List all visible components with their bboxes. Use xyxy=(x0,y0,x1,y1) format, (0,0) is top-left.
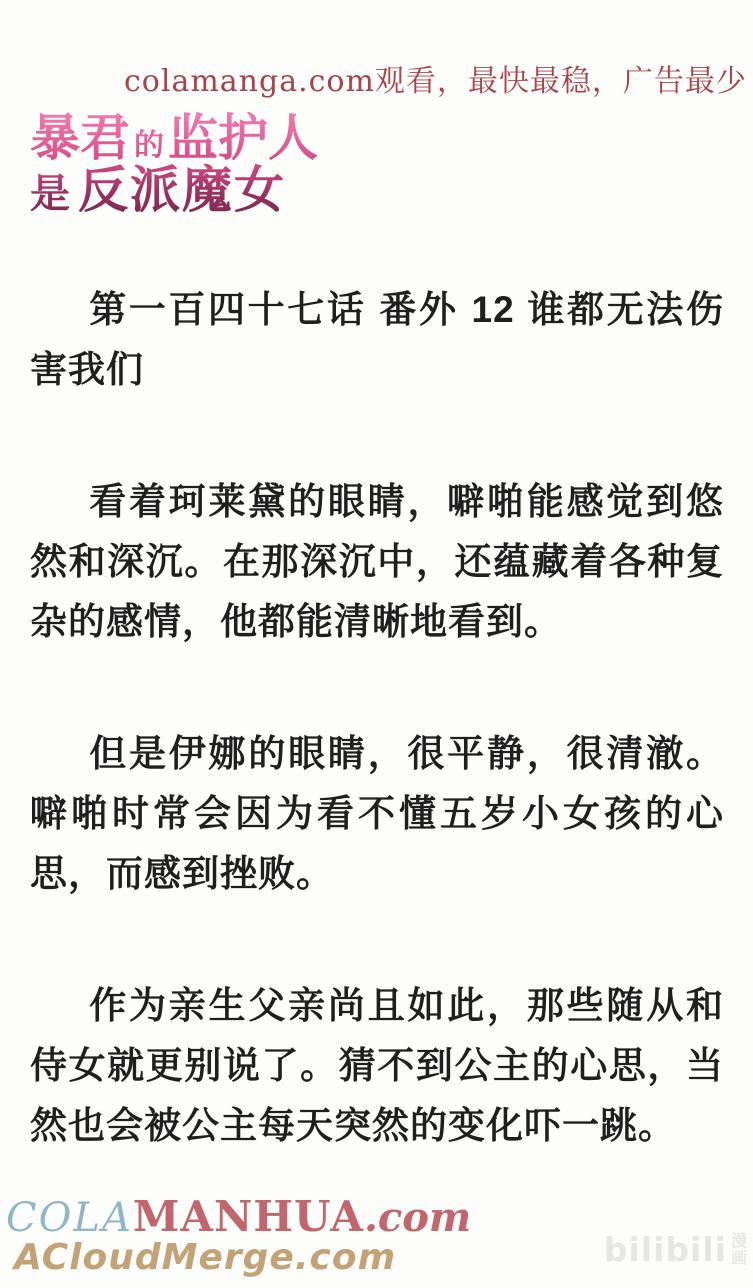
watermark-cola-text: COLA xyxy=(6,1195,133,1241)
site-notice: colamanga.com观看，最快最稳，广告最少 xyxy=(124,56,747,100)
series-logo-line2: 是 反派魔女 xyxy=(30,164,318,216)
series-logo-line1: 暴君 的 监护人 xyxy=(30,112,318,164)
paragraph: 但是伊娜的眼睛，很平静，很清澈。噼啪时常会因为看不懂五岁小女孩的心思，而感到挫败… xyxy=(30,724,724,904)
acloudmerge-watermark: ACloudMerge.com xyxy=(14,1240,396,1276)
paragraph: 看着珂莱黛的眼睛，噼啪能感觉到悠然和深沉。在那深沉中，还蕴藏着各种复杂的感情，他… xyxy=(30,472,724,652)
logo-text: 的 xyxy=(134,129,164,162)
series-logo: 暴君 的 监护人 是 反派魔女 xyxy=(30,112,318,216)
watermark-manhua-text: MANHUA xyxy=(133,1192,364,1241)
bilibili-logo: bilibili xyxy=(604,1230,727,1269)
paragraph: 作为亲生父亲尚且如此，那些随从和侍女就更别说了。猜不到公主的心思，当然也会被公主… xyxy=(30,976,724,1156)
logo-text: 是 xyxy=(30,171,72,216)
watermark-dotcom-text: .com xyxy=(364,1194,471,1241)
logo-text: 暴君 xyxy=(30,110,130,166)
chapter-content: 第一百四十七话 番外 12 谁都无法伤害我们 看着珂莱黛的眼睛，噼啪能感觉到悠然… xyxy=(30,280,724,1228)
colamanhua-watermark: COLAMANHUA.com xyxy=(6,1196,471,1238)
bilibili-manga-char: 漫 xyxy=(731,1233,747,1250)
bilibili-manga-label: 漫 画 xyxy=(731,1233,747,1267)
logo-text: 反派魔女 xyxy=(78,162,286,218)
manga-text-page: colamanga.com观看，最快最稳，广告最少 暴君 的 监护人 是 反派魔… xyxy=(0,0,753,1288)
bilibili-manga-watermark: bilibili 漫 画 xyxy=(604,1230,747,1269)
logo-text: 监护人 xyxy=(168,110,318,166)
chapter-title: 第一百四十七话 番外 12 谁都无法伤害我们 xyxy=(30,280,724,400)
bilibili-manga-char: 画 xyxy=(731,1250,747,1267)
